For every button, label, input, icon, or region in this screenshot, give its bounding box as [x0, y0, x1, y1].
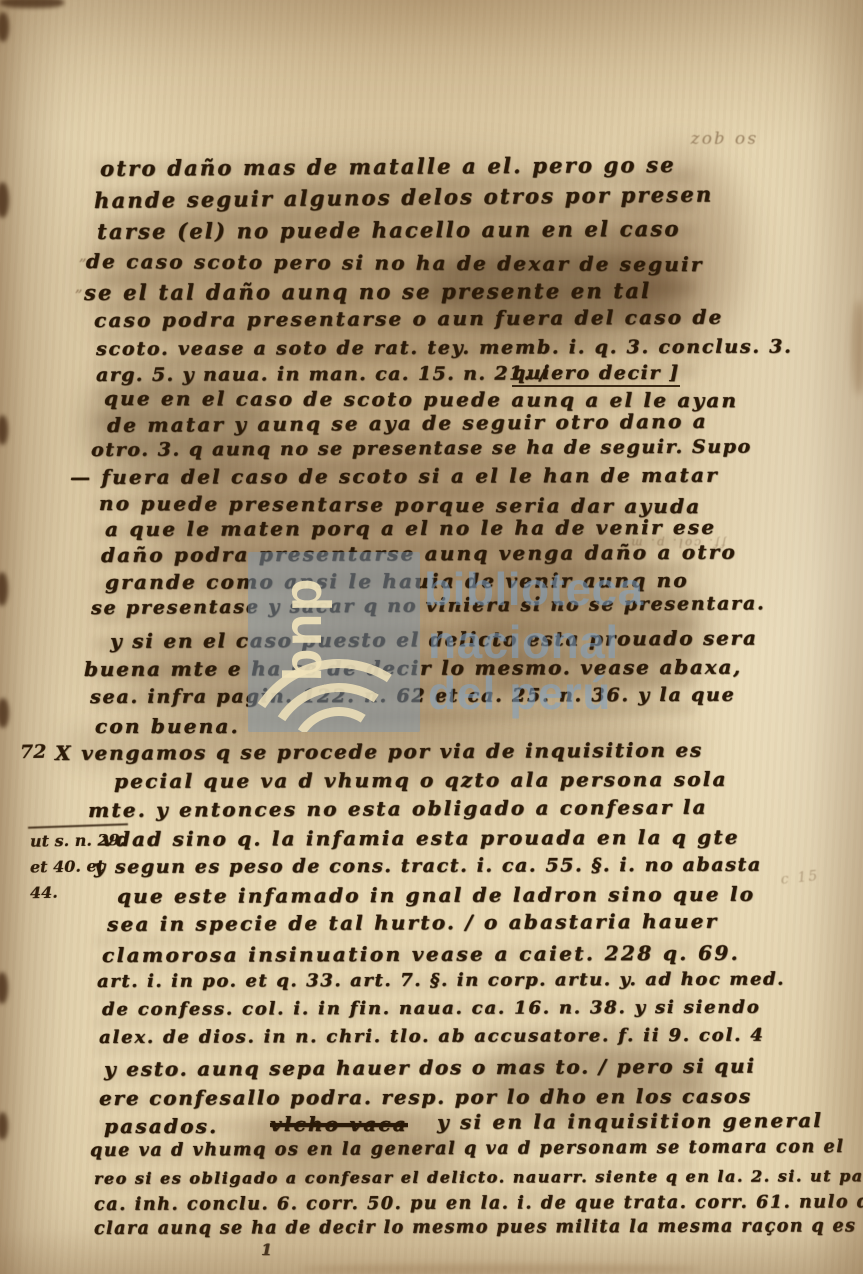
manuscript-line: pecial que va d vhumq o qzto ala persona… [114, 767, 728, 793]
faint-show-through-mark: so qoz [688, 130, 756, 150]
manuscript-line: sea in specie de tal hurto. / o abastari… [107, 909, 718, 936]
watermark-word-biblioteca: biblioteca [424, 562, 644, 616]
manuscript-line: otro. 3. q aunq no se presentase se ha d… [91, 436, 752, 461]
manuscript-line: arg. 5. y naua. in man. ca. 15. n. 21. / [96, 362, 548, 386]
manuscript-line: se el tal daño aunq no se presente en ta… [84, 278, 651, 305]
faint-show-through-mark: „ [75, 277, 85, 295]
edge-blot [0, 0, 64, 8]
manuscript-line: con buena. [95, 714, 240, 738]
manuscript-line: y segun es peso de cons. tract. i. ca. 5… [94, 854, 762, 878]
faint-show-through-mark: ff. col. p. m [629, 536, 726, 550]
bnp-watermark-logo-plate: bnp [248, 552, 420, 732]
manuscript-line: scoto. vease a soto de rat. tey. memb. i… [96, 336, 793, 360]
manuscript-line: reo si es obligado a confesar el delicto… [94, 1166, 863, 1188]
margin-note-line: 44. [30, 883, 58, 902]
manuscript-line: vlcho vaca [270, 1112, 408, 1136]
manuscript-line: y si en la inquisition general [437, 1108, 823, 1134]
manuscript-line: clamorosa insinuation vease a caiet. 228… [102, 941, 740, 967]
manuscript-line: y esto. aunq sepa hauer dos o mas to. / … [104, 1054, 756, 1081]
manuscript-line: de caso scoto pero si no ha de dexar de … [86, 249, 704, 276]
manuscript-line: vdad sino q. la infamia esta prouada en … [102, 825, 740, 851]
manuscript-line: — fuera del caso de scoto si a el le han… [70, 463, 719, 489]
margin-note-line: et 40. et [30, 856, 104, 876]
manuscript-line: pasados. [104, 1114, 218, 1138]
manuscript-line: tarse (el) no puede hacello aun en el ca… [97, 216, 681, 244]
manuscript-line: X vengamos q se procede por via de inqui… [55, 738, 703, 765]
manuscript-line: alex. de dios. in n. chri. tlo. ab accus… [99, 1025, 765, 1048]
watermark-word-del-peru: del perú [428, 666, 611, 720]
manuscript-line: de confess. col. i. in fin. naua. ca. 16… [102, 997, 761, 1020]
manuscript-line: que este infamado in gnal de ladron sino… [117, 882, 755, 908]
manuscript-line: quiero decir ] [512, 362, 680, 387]
faint-show-through-mark: „ [79, 246, 89, 264]
margin-note-line: ut s. n. 29. [30, 830, 126, 851]
manuscript-line: 1 [261, 1240, 274, 1259]
manuscript-line: de matar y aunq se aya de seguir otro da… [107, 409, 708, 437]
manuscript-line: clara aunq se ha de decir lo mesmo pues … [94, 1216, 856, 1239]
manuscript-line: a que le maten porq a el no le ha de ven… [105, 515, 716, 541]
watermark-word-nacional: nacional [428, 615, 619, 669]
manuscript-line: ca. inh. conclu. 6. corr. 50. pu en la. … [94, 1192, 863, 1215]
manuscript-line: otro daño mas de matalle a el. pero go s… [100, 152, 676, 181]
manuscript-line: art. i. in po. et q. 33. art. 7. §. in c… [97, 969, 785, 992]
manuscript-line: mte. y entonces no esta obligado a confe… [88, 795, 708, 822]
manuscript-line: no puede presentarse porque seria dar ay… [99, 491, 702, 518]
manuscript-line: caso podra presentarse o aun fuera del c… [94, 305, 724, 332]
paragraph-number: 72 [20, 741, 47, 763]
manuscript-page-photo: otro daño mas de matalle a el. pero go s… [0, 0, 863, 1274]
manuscript-line: que va d vhumq os en la general q va d p… [90, 1137, 845, 1161]
manuscript-line: ere confesallo podra. resp. por lo dho e… [99, 1084, 752, 1110]
